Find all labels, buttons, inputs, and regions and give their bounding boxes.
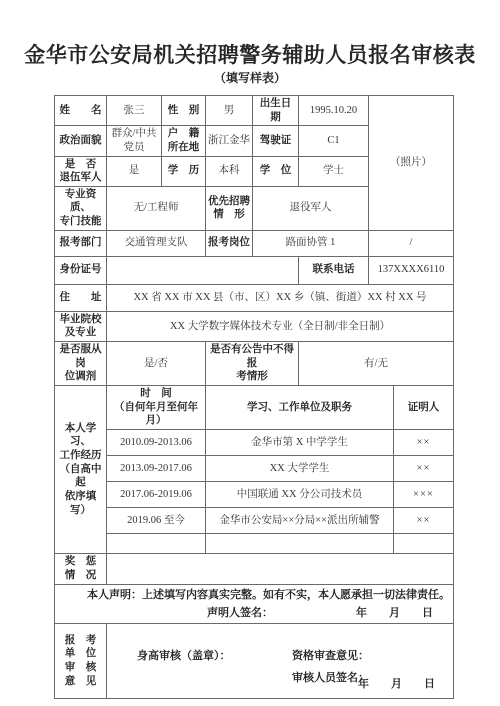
experience-row: 2019.06 至今 金华市公安局××分局××派出所辅警 ×× — [55, 507, 454, 533]
veteran-value: 是 — [107, 156, 162, 186]
declaration-text: 本人声明：上述填写内容真实完整。如有不实，本人愿承担一切法律责任。 — [57, 586, 451, 604]
forbidden-situation-label: 是否有公告中不得报 考情形 — [206, 342, 299, 386]
political-status-label: 政治面貌 — [55, 126, 107, 156]
rewards-value — [107, 553, 454, 584]
declaration-cell: 本人声明：上述填写内容真实完整。如有不实，本人愿承担一切法律责任。 声明人签名：… — [55, 584, 454, 623]
phone-label: 联系电话 — [299, 256, 369, 284]
forbidden-situation-value: 有/无 — [299, 342, 454, 386]
experience-witness — [394, 533, 454, 553]
experience-time: 2013.09-2017.06 — [107, 455, 206, 481]
page-subtitle: （填写样表） — [0, 70, 500, 86]
degree-value: 学士 — [299, 156, 369, 186]
experience-unit: XX 大学学生 — [206, 455, 394, 481]
page-title: 金华市公安局机关招聘警务辅助人员报名审核表 — [0, 42, 500, 68]
experience-witness: ×× — [394, 455, 454, 481]
review-content-cell: 身高审核（盖章）： 资格审查意见： 审核人员签名： 年 月 日 — [107, 623, 454, 698]
experience-witness: ×× — [394, 507, 454, 533]
apply-department-value: 交通管理支队 — [107, 230, 206, 256]
drivers-license-value: C1 — [299, 126, 369, 156]
experience-time-header: 时 间 （自何年月至何年月） — [107, 385, 206, 429]
experience-row: 2013.09-2017.06 XX 大学学生 ×× — [55, 455, 454, 481]
declaration-date-label: 年 月 日 — [356, 604, 433, 622]
birth-date-value: 1995.10.20 — [299, 96, 369, 126]
experience-row: 2010.09-2013.06 金华市第 X 中学学生 ×× — [55, 429, 454, 455]
height-check-label: 身高审核（盖章）： — [137, 649, 231, 663]
drivers-license-label: 驾驶证 — [253, 126, 299, 156]
experience-unit: 金华市公安局××分局××派出所辅警 — [206, 507, 394, 533]
name-label: 姓 名 — [55, 96, 107, 126]
apply-position-label: 报考岗位 — [206, 230, 253, 256]
photo-placeholder: （照片） — [369, 96, 454, 231]
experience-row-empty — [55, 533, 454, 553]
experience-time: 2019.06 至今 — [107, 507, 206, 533]
address-label: 住 址 — [55, 284, 107, 311]
qualification-value: 无/工程师 — [107, 186, 206, 230]
gender-value: 男 — [206, 96, 253, 126]
review-date-label: 年 月 日 — [358, 677, 435, 691]
qualification-review-label: 资格审查意见： — [292, 649, 369, 663]
education-label: 学 历 — [162, 156, 206, 186]
transfer-consent-label: 是否服从岗 位调剂 — [55, 342, 107, 386]
household-label: 户 籍 所在地 — [162, 126, 206, 156]
experience-unit: 中国联通 XX 分公司技术员 — [206, 481, 394, 507]
apply-position-value: 路面协管 1 — [253, 230, 369, 256]
gender-label: 性 别 — [162, 96, 206, 126]
review-section-label: 报 考 单 位 审 核 意 见 — [55, 623, 107, 698]
id-number-label: 身份证号 — [55, 256, 107, 284]
id-number-value — [107, 256, 299, 284]
political-status-value: 群众/中共 党员 — [107, 126, 162, 156]
application-review-form-table: 姓 名 张三 性 别 男 出生日期 1995.10.20 （照片） 政治面貌 群… — [54, 95, 454, 699]
school-major-value: XX 大学数字媒体技术专业（全日制/非全日制） — [107, 311, 454, 341]
degree-label: 学 位 — [253, 156, 299, 186]
rewards-label: 奖 惩 情 况 — [55, 553, 107, 584]
experience-witness: ××× — [394, 481, 454, 507]
experience-unit: 金华市第 X 中学学生 — [206, 429, 394, 455]
experience-time: 2017.06-2019.06 — [107, 481, 206, 507]
address-value: XX 省 XX 市 XX 县（市、区）XX 乡（镇、街道）XX 村 XX 号 — [107, 284, 454, 311]
experience-unit — [206, 533, 394, 553]
name-value: 张三 — [107, 96, 162, 126]
experience-section-label: 本人学习、 工作经历 （自高中起 依序填写） — [55, 385, 107, 553]
experience-row: 2017.06-2019.06 中国联通 XX 分公司技术员 ××× — [55, 481, 454, 507]
priority-hiring-label: 优先招聘 情 形 — [206, 186, 253, 230]
experience-time: 2010.09-2013.06 — [107, 429, 206, 455]
priority-hiring-value: 退役军人 — [253, 186, 369, 230]
experience-time — [107, 533, 206, 553]
experience-unit-header: 学习、工作单位及职务 — [206, 385, 394, 429]
form-document-page: 金华市公安局机关招聘警务辅助人员报名审核表 （填写样表） 姓 名 张三 性 别 … — [0, 0, 500, 706]
apply-department-label: 报考部门 — [55, 230, 107, 256]
birth-date-label: 出生日期 — [253, 96, 299, 126]
household-value: 浙江金华 — [206, 126, 253, 156]
phone-value: 137XXXX6110 — [369, 256, 454, 284]
experience-witness-header: 证明人 — [394, 385, 454, 429]
transfer-consent-value: 是/否 — [107, 342, 206, 386]
veteran-label: 是 否 退伍军人 — [55, 156, 107, 186]
education-value: 本科 — [206, 156, 253, 186]
declarant-signature-label: 声明人签名： — [207, 604, 273, 622]
school-major-label: 毕业院校 及专业 — [55, 311, 107, 341]
experience-witness: ×× — [394, 429, 454, 455]
qualification-label: 专业资质、 专门技能 — [55, 186, 107, 230]
photo-slash-value: / — [369, 230, 454, 256]
